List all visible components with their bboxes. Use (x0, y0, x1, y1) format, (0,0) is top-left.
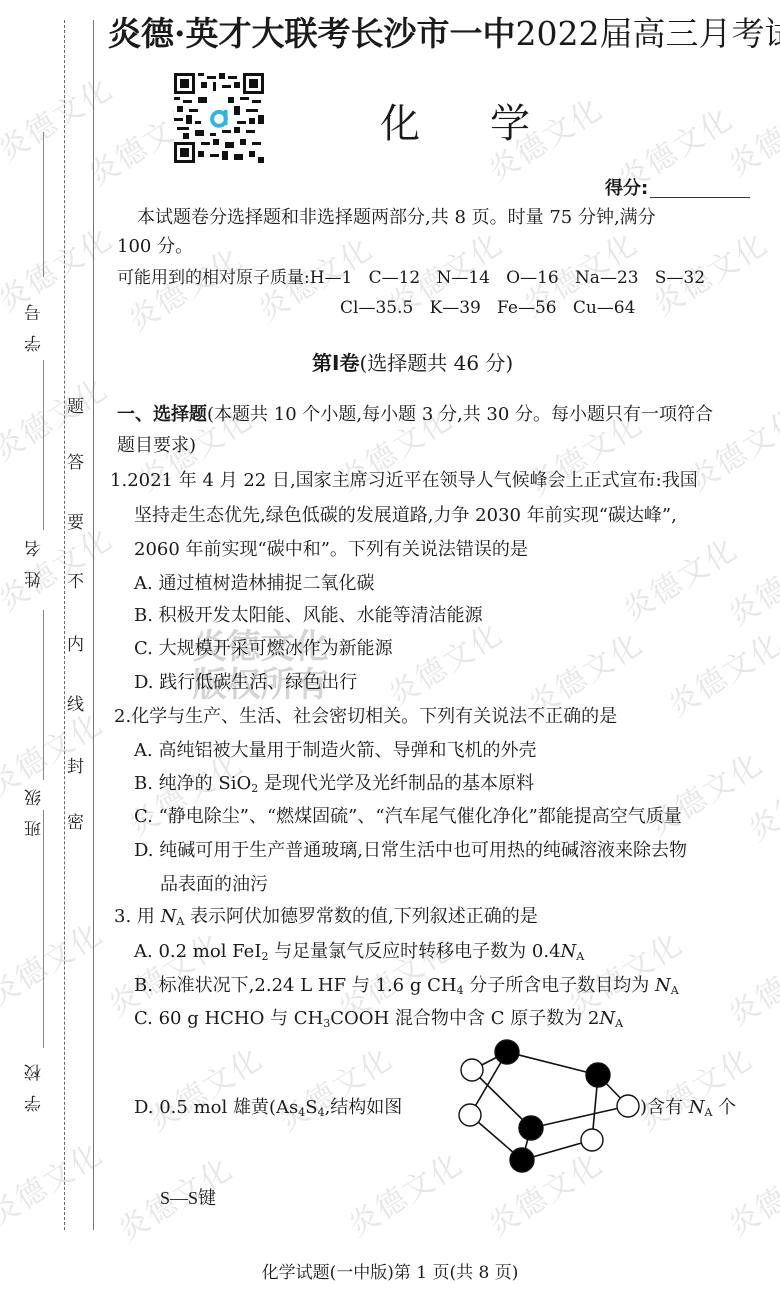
watermark: 炎德文化 (338, 1139, 470, 1244)
watermark: 炎德文化 (0, 214, 120, 319)
intro-line-2: 100 分。 (117, 236, 193, 258)
page-footer: 化学试题(一中版)第 1 页(共 8 页) (0, 1258, 780, 1283)
watermark: 炎德文化 (613, 524, 745, 629)
option-d-continued: S—S键 (160, 1187, 216, 1209)
sulfur-atom (617, 1095, 639, 1117)
atomic-mass-line-1: 可能用到的相对原子质量:H—1 C—12 N—14 O—16 Na—23 S—3… (117, 267, 705, 289)
watermark: 炎德文化 (718, 79, 780, 184)
option-a: A. 0.2 mol FeI2 与足量氯气反应时转移电子数为 0.4NA (134, 941, 584, 968)
option-d: D. 践行低碳生活、绿色出行 (134, 672, 357, 694)
question-stem-line: 2.化学与生产、生活、社会密切相关。下列有关说法不正确的是 (114, 706, 617, 728)
part-heading-line-2: 题目要求) (117, 435, 196, 457)
option-c: C. 60 g HCHO 与 CH3COOH 混合物中含 C 原子数为 2NA (134, 1008, 623, 1035)
atomic-mass-label: 可能用到的相对原子质量: (117, 268, 310, 288)
exam-page: 炎德文化 炎德文化 炎德文化 炎德文化 炎德文化 炎德文化 炎德文化 炎德文化 … (0, 0, 780, 1297)
arsenic-atom (519, 1116, 543, 1140)
qr-code-icon (174, 73, 264, 163)
watermark: 炎德文化 (0, 64, 120, 169)
atomic-masses: H—1 C—12 N—14 O—16 Na—23 S—32 (310, 268, 705, 288)
watermark: 炎德文化 (0, 514, 120, 619)
score-field: 得分: (605, 174, 750, 200)
watermark: 炎德文化 (638, 739, 770, 844)
option-b: B. 纯净的 SiO2 是现代光学及光纤制品的基本原料 (134, 773, 534, 800)
student-id-fill-line[interactable] (43, 132, 44, 277)
option-b: B. 标准状况下,2.24 L HF 与 1.6 g CH4 分子所含电子数目均… (134, 975, 679, 1002)
question-stem-line: 1.2021 年 4 月 22 日,国家主席习近平在领导人气候峰会上正式宣布:我… (110, 470, 698, 492)
option-d-continued: 品表面的油污 (160, 874, 268, 896)
option-c: C. “静电除尘”、“燃煤固硫”、“汽车尾气催化净化”都能提高空气质量 (134, 806, 682, 828)
class-fill-line[interactable] (43, 610, 44, 780)
question-stem-line: 2060 年前实现“碳中和”。下列有关说法错误的是 (134, 539, 528, 561)
seal-dotted-line (64, 20, 65, 1230)
sulfur-atom (581, 1129, 603, 1151)
question-stem-line: 坚持走生态优先,绿色低碳的发展道路,力争 2030 年前实现“碳达峰”, (134, 505, 677, 527)
as4s4-structure-diagram (455, 1035, 645, 1175)
sulfur-atom (461, 1059, 483, 1081)
option-d: D. 0.5 mol 雄黄(As4S4,结构如图 (134, 1097, 402, 1124)
sulfur-atom (459, 1104, 481, 1126)
intro-line-1: 本试题卷分选择题和非选择题两部分,共 8 页。时量 75 分钟,满分 (137, 207, 656, 229)
arsenic-atom (510, 1148, 534, 1172)
name-fill-line[interactable] (43, 360, 44, 530)
school-label: 学校 (22, 1050, 47, 1112)
watermark: 炎德文化 (718, 929, 780, 1034)
subject-title: 化学 (380, 92, 600, 149)
arsenic-atom (586, 1063, 610, 1087)
school-fill-line[interactable] (43, 810, 44, 1048)
option-d-tail: )含有 NA 个 (640, 1097, 736, 1124)
watermark: 炎德文化 (718, 529, 780, 634)
section-title: 第Ⅰ卷(选择题共 46 分) (312, 352, 513, 374)
margin-border-line (93, 20, 94, 1230)
exam-title: 炎德·英才大联考长沙市一中2022届高三月考试卷(一) (108, 8, 778, 55)
name-label: 姓名 (22, 526, 47, 588)
student-id-label: 学号 (22, 290, 47, 352)
score-label: 得分: (605, 178, 648, 199)
option-c: C. 大规模开采可燃冰作为新能源 (134, 638, 393, 660)
question-stem-line: 3. 用 NA 表示阿伏加德罗常数的值,下列叙述正确的是 (114, 906, 538, 933)
atomic-mass-line-2: Cl—35.5 K—39 Fe—56 Cu—64 (340, 297, 635, 319)
arsenic-atom (495, 1040, 519, 1064)
watermark: 炎德文化 (658, 619, 780, 724)
option-d: D. 纯碱可用于生产普通玻璃,日常生活中也可用热的纯碱溶液来除去物 (134, 840, 687, 862)
score-blank[interactable] (650, 197, 750, 198)
watermark: 炎德文化 (0, 364, 115, 469)
option-b: B. 积极开发太阳能、风能、水能等清洁能源 (134, 605, 483, 627)
watermark: 炎德文化 (738, 744, 780, 849)
option-a: A. 高纯铝被大量用于制造火箭、导弹和飞机的外壳 (134, 740, 536, 762)
option-a: A. 通过植树造林捕捉二氧化碳 (134, 573, 374, 595)
watermark: 炎德文化 (718, 1139, 780, 1244)
part-heading: 一、选择题(本题共 10 个小题,每小题 3 分,共 30 分。每小题只有一项符… (117, 404, 713, 426)
